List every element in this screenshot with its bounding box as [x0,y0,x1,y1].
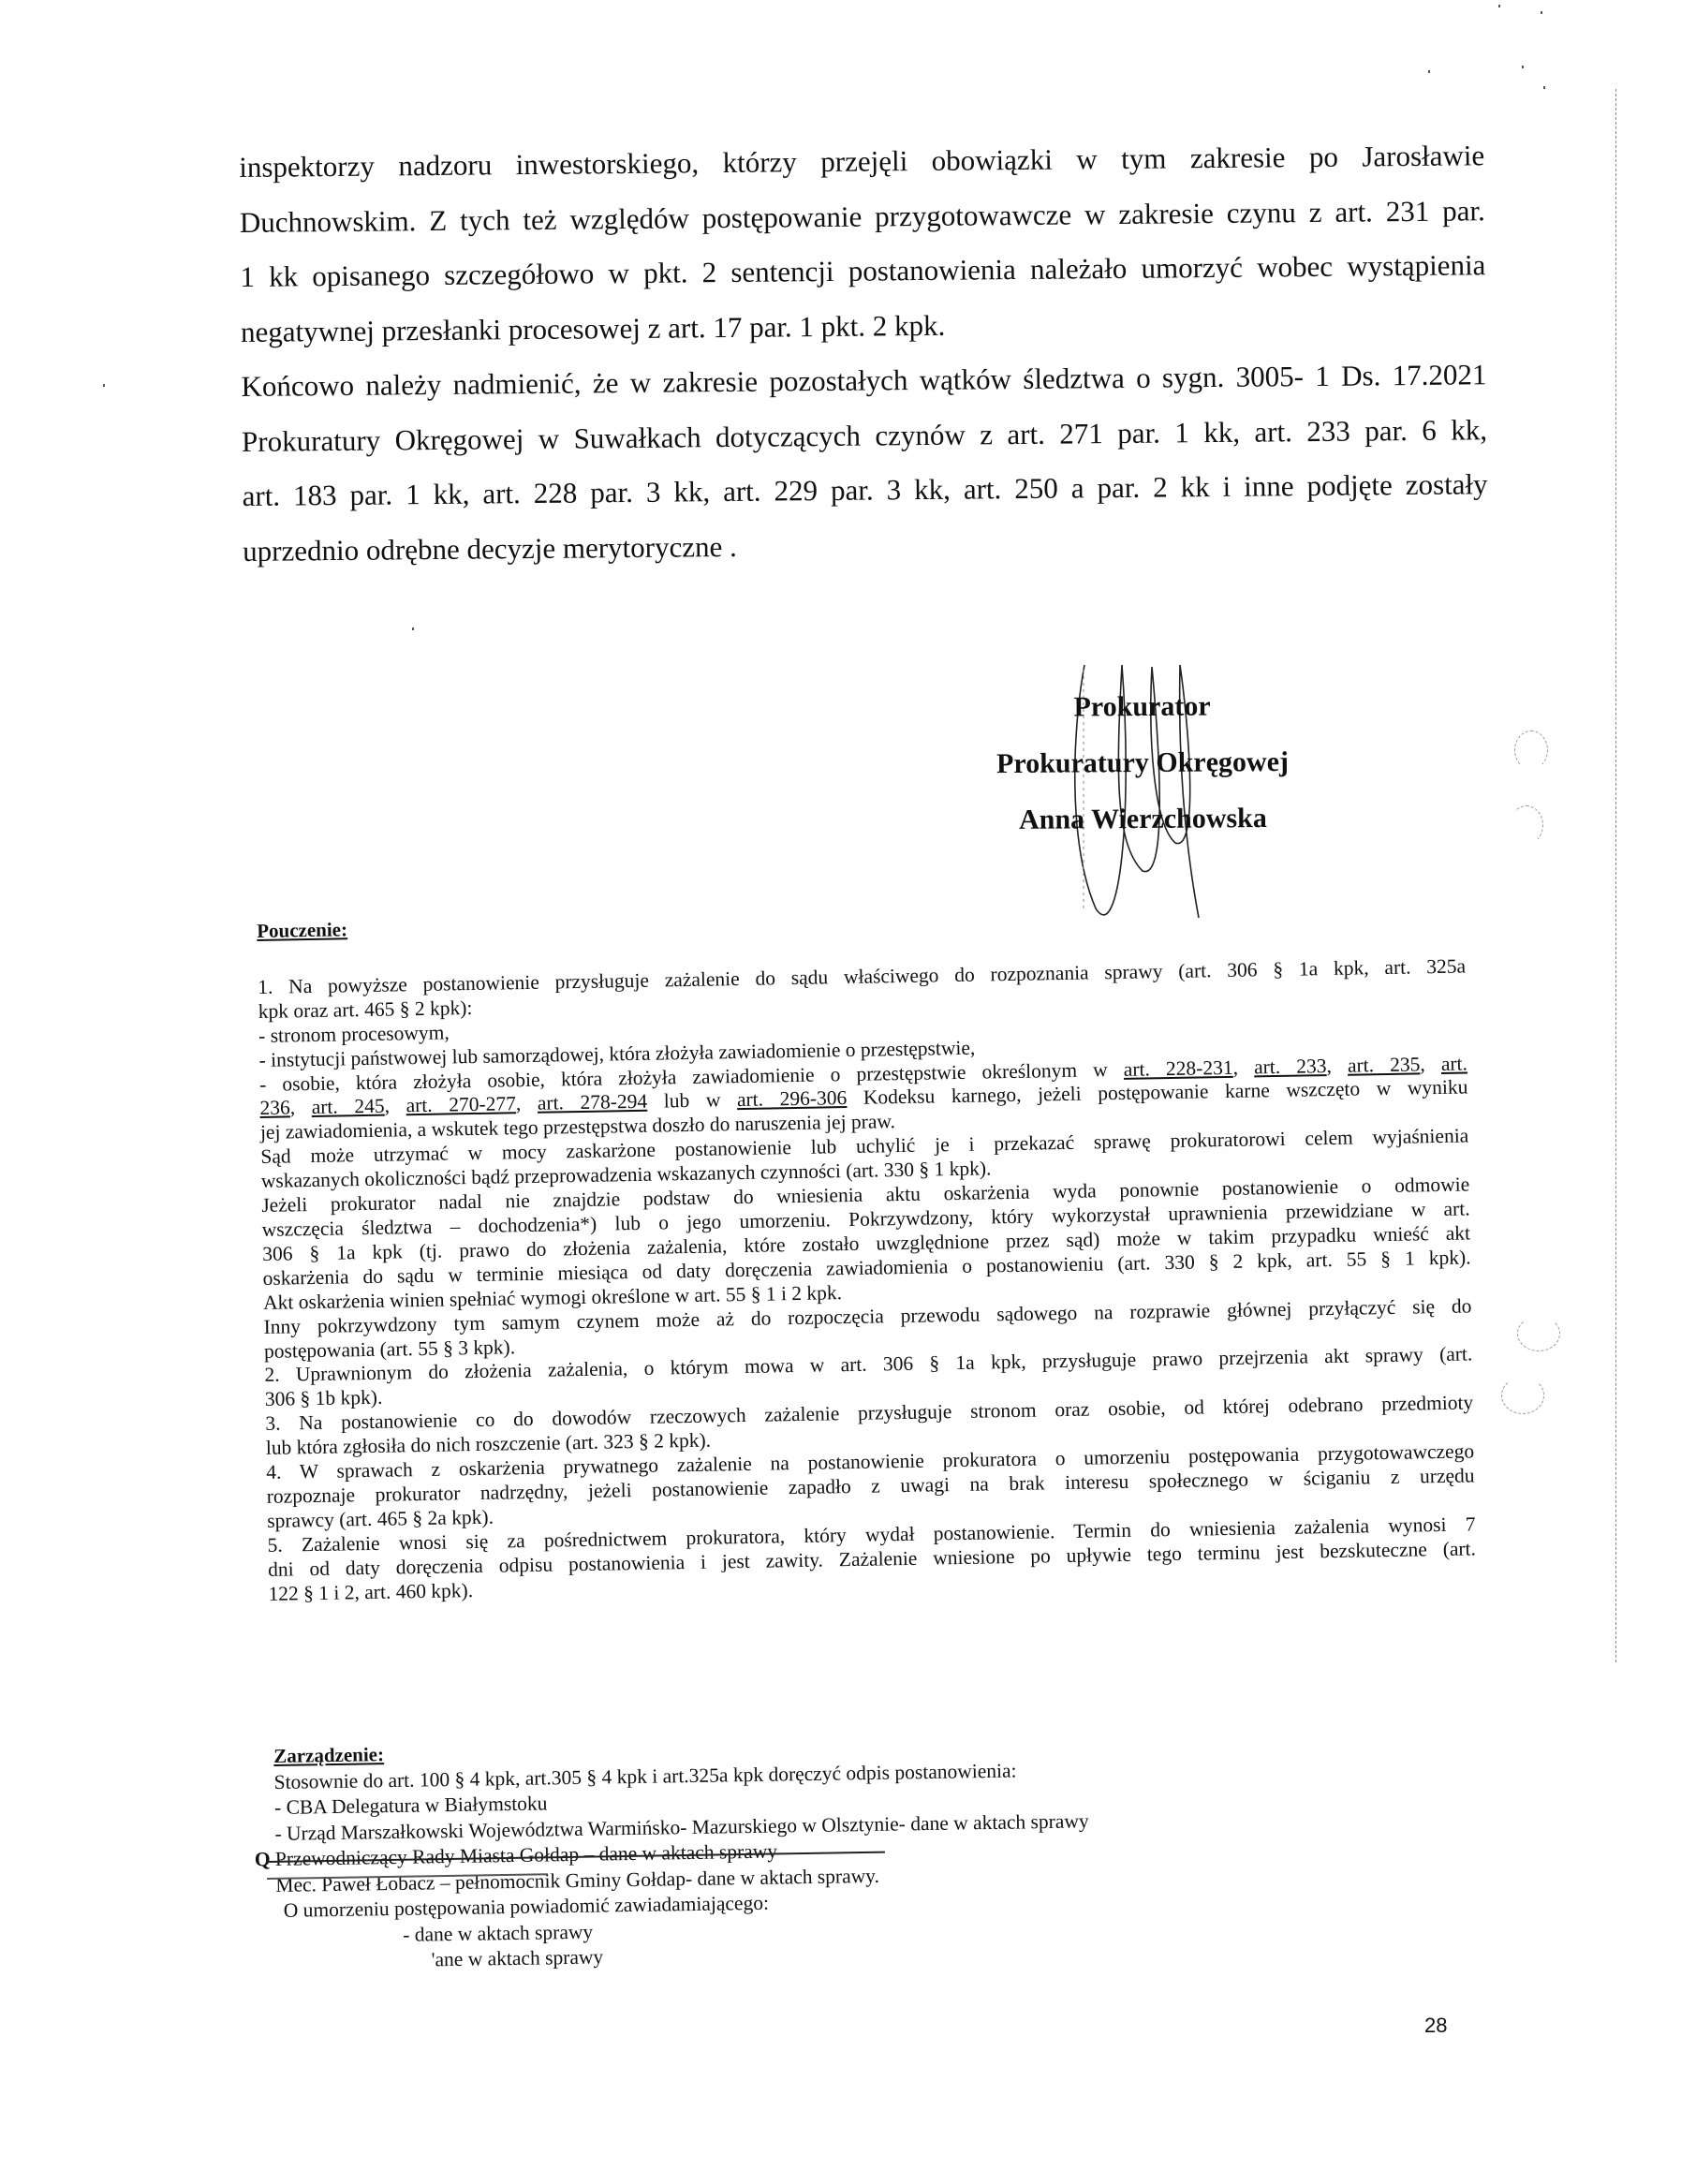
law-reference-link: art. 296-306 [737,1086,848,1111]
zarzadzenie-section: Zarządzenie: Stosownie do art. 100 § 4 k… [273,1729,1214,1975]
scan-edge-line [1615,89,1616,1662]
law-reference-link: art. 245 [312,1095,385,1118]
law-reference-link: art. [1441,1052,1467,1074]
punch-hole-mark [1501,1377,1544,1414]
punch-hole-mark [1514,730,1548,770]
punch-hole-mark [1510,805,1543,845]
signature-name: Anna Wierzchowska [965,790,1320,849]
law-reference-link: 236 [259,1097,290,1120]
document-page: inspektorzy nadzoru inwestorskiego, któr… [0,0,1696,2184]
law-reference-link: art. 235 [1348,1053,1421,1076]
scan-speck [1428,70,1430,73]
law-reference-link: art. 270-277 [406,1093,516,1117]
signature-title: Prokurator [964,678,1320,737]
body-line: uprzednio odrębne decyzje merytoryczne . [243,512,1489,579]
scan-speck [412,627,414,630]
law-reference-link: art. 228-231 [1124,1055,1233,1080]
punch-hole-mark [1517,1316,1560,1351]
scan-speck [1543,86,1545,89]
signature-block: Prokurator Prokuratury Okręgowej Anna Wi… [964,678,1320,849]
signature-office: Prokuratury Okręgowej [965,734,1320,793]
zarzadzenie-heading: Zarządzenie: [273,1742,384,1769]
zarzadzenie-body: Stosownie do art. 100 § 4 kpk, art.305 §… [273,1755,1213,1976]
pouczenie-body: 1. Na powyższe postanowienie przysługuje… [258,954,1477,1606]
body-paragraph: inspektorzy nadzoru inwestorskiego, któr… [239,128,1488,579]
scan-speck [103,384,105,387]
scan-speck [1522,66,1524,68]
law-reference-link: art. 278-294 [538,1090,648,1114]
pouczenie-section: Pouczenie: 1. Na powyższe postanowienie … [257,898,1477,1606]
scan-speck [1541,11,1542,14]
page-number: 28 [1424,2014,1447,2038]
law-reference-link: art. 233 [1254,1055,1327,1078]
scan-speck [1498,5,1500,7]
handwritten-mark-icon: Q [255,1847,272,1873]
pouczenie-heading: Pouczenie: [257,918,347,944]
